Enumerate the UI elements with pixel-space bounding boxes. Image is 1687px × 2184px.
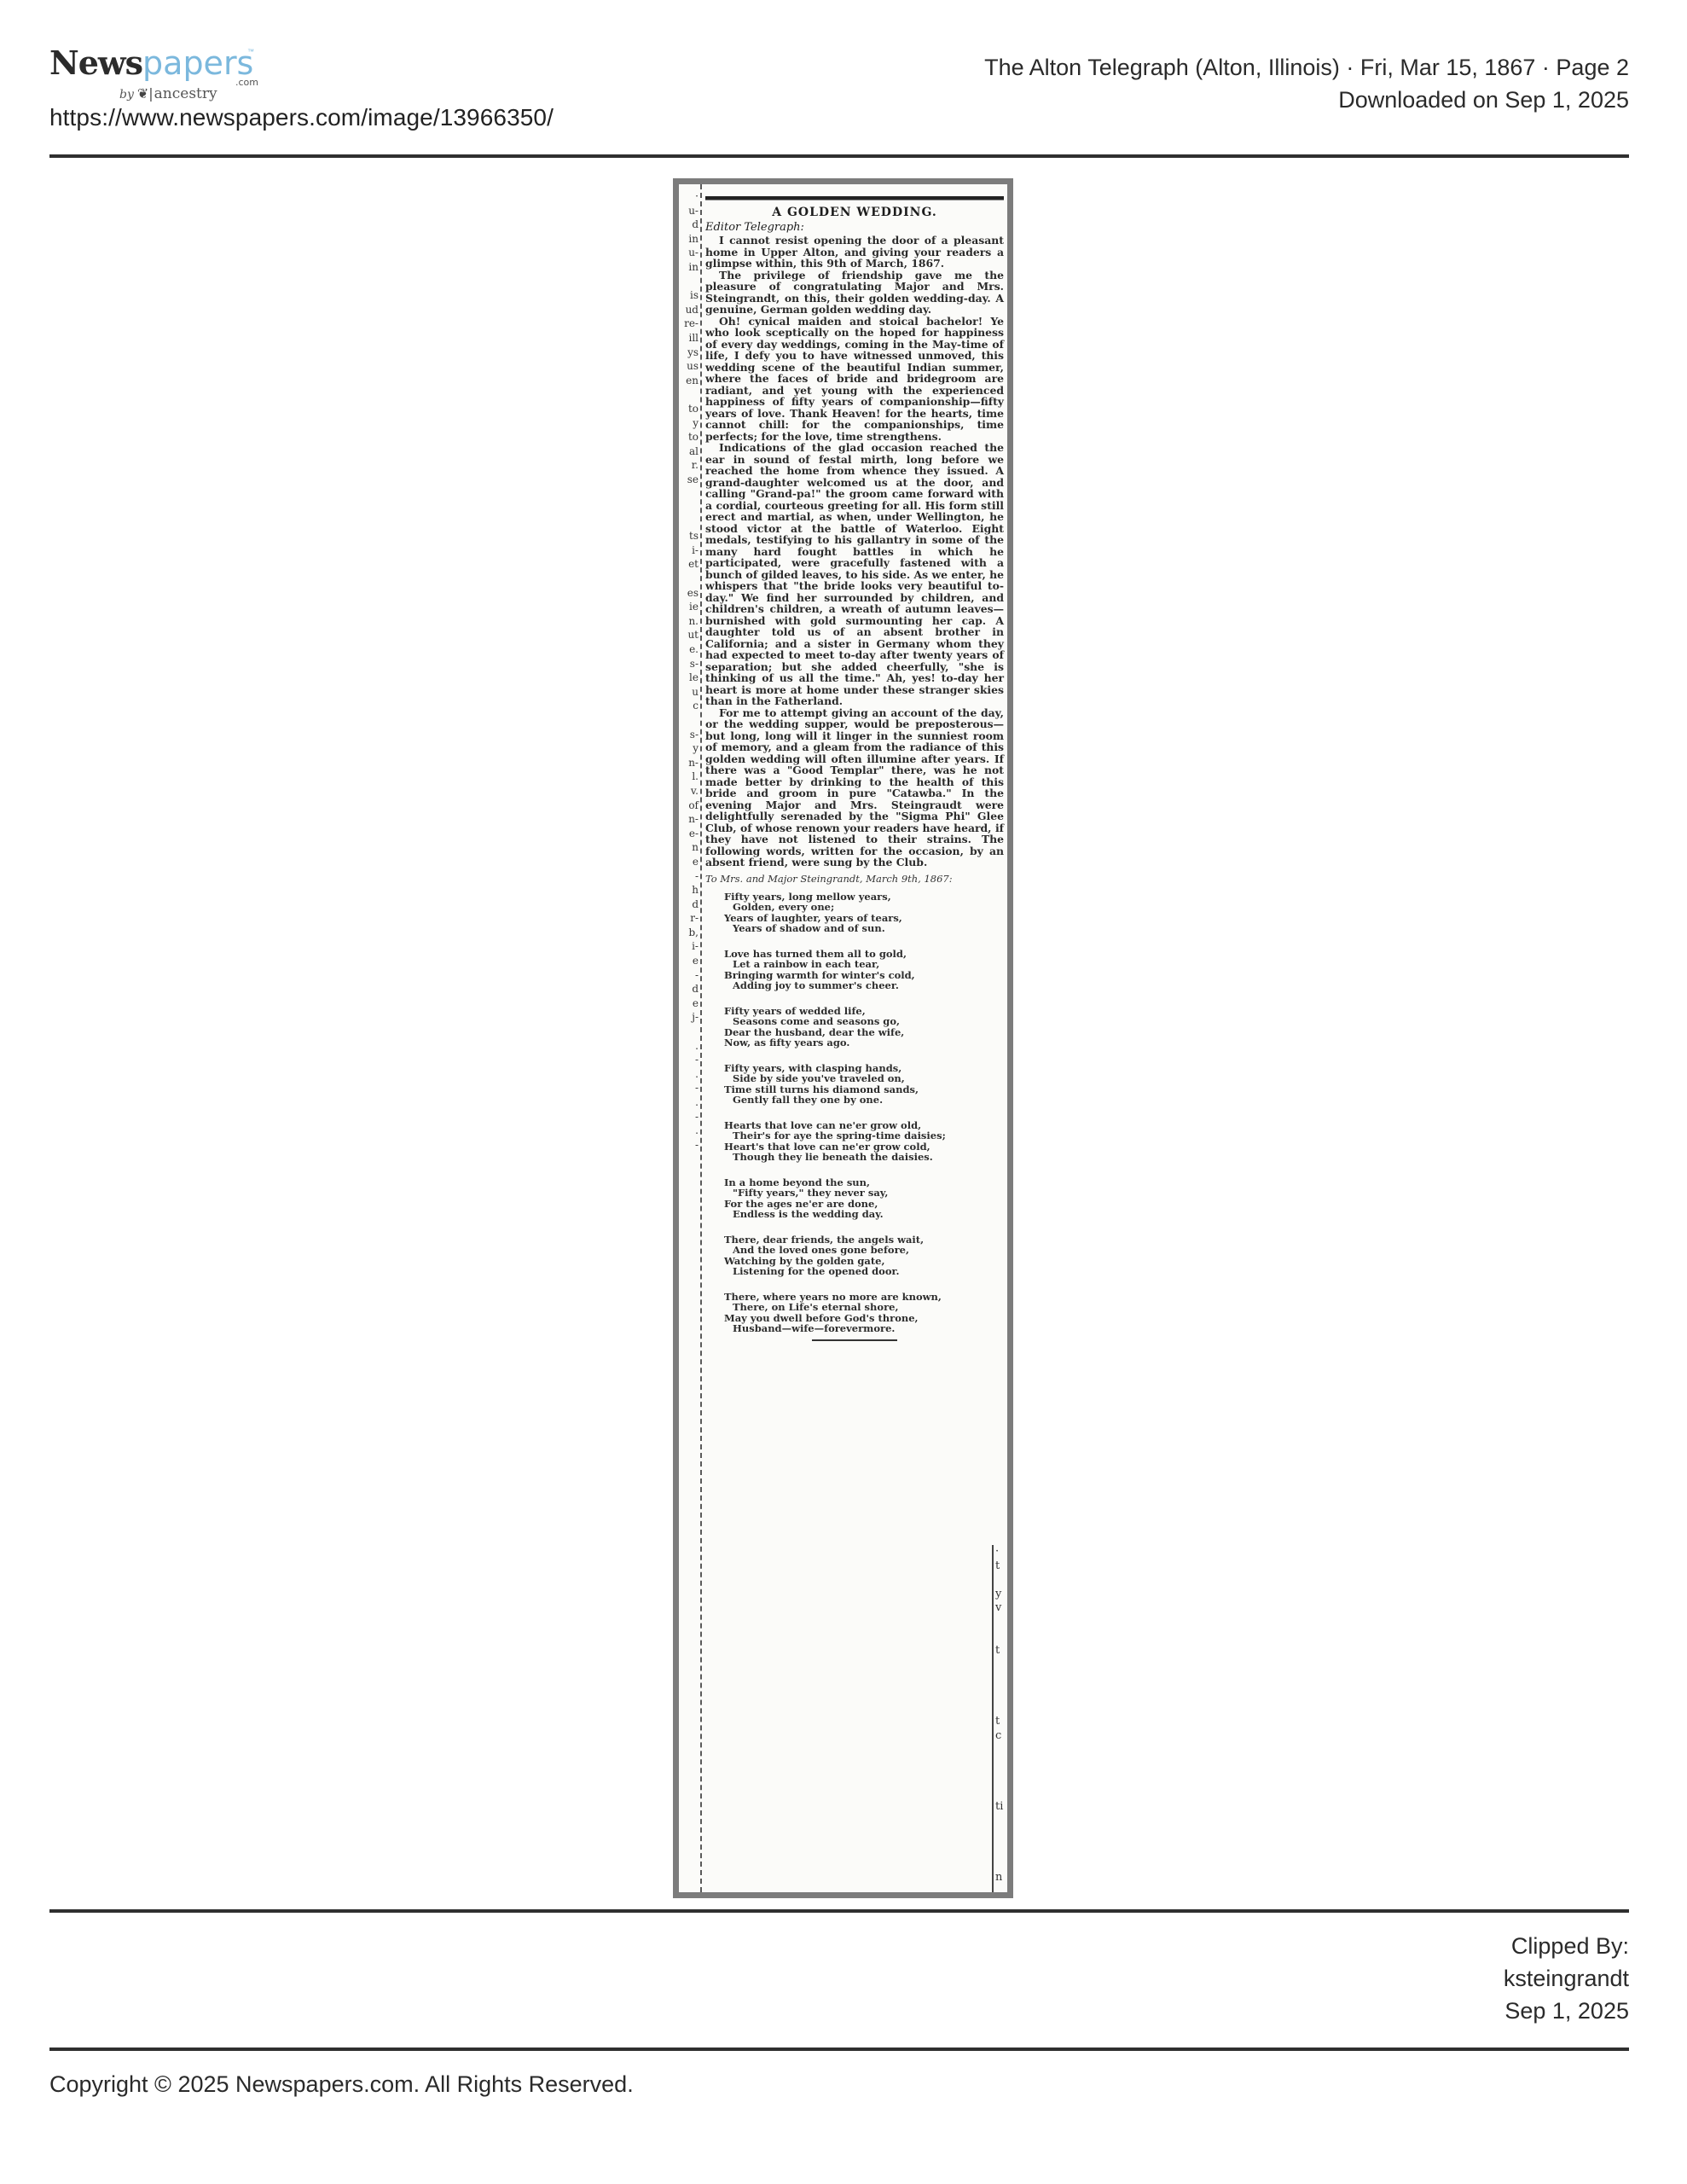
- poem-dedication: To Mrs. and Major Steingrandt, March 9th…: [705, 874, 1004, 885]
- poem-line: Husband—wife—forevermore.: [724, 1323, 1004, 1334]
- poem-stanza: There, where years no more are known, Th…: [724, 1292, 1004, 1334]
- logo-trademark: ™: [247, 48, 254, 55]
- poem-stanza: Fifty years, with clasping hands, Side b…: [724, 1063, 1004, 1106]
- poem-line: Listening for the opened door.: [724, 1266, 1004, 1277]
- footer-divider-bottom: [49, 2047, 1629, 2051]
- article-paragraph: I cannot resist opening the door of a pl…: [705, 235, 1004, 270]
- logo-wordmark: Newspapers: [49, 44, 253, 82]
- header-divider: [49, 154, 1629, 158]
- poem-stanza: Hearts that love can ne'er grow old, The…: [724, 1120, 1004, 1163]
- publication-line: The Alton Telegraph (Alton, Illinois) · …: [984, 51, 1629, 84]
- poem-line: Let a rainbow in each tear,: [724, 959, 1004, 970]
- poem-line: Adding joy to summer's cheer.: [724, 980, 1004, 991]
- poem-line: Now, as fifty years ago.: [724, 1037, 1004, 1048]
- article-salutation: Editor Telegraph:: [705, 221, 1004, 234]
- article-paragraph: Oh! cynical maiden and stoical bachelor!…: [705, 316, 1004, 443]
- copyright-notice: Copyright © 2025 Newspapers.com. All Rig…: [49, 2071, 634, 2098]
- poem-line: Their's for aye the spring-time daisies;: [724, 1130, 1004, 1141]
- poem-stanza: In a home beyond the sun, "Fifty years,"…: [724, 1177, 1004, 1220]
- poem-stanza: There, dear friends, the angels wait, An…: [724, 1234, 1004, 1277]
- logo-byline: by❦|ancestry: [119, 85, 217, 102]
- poem-line: Side by side you've traveled on,: [724, 1073, 1004, 1084]
- downloaded-line: Downloaded on Sep 1, 2025: [984, 84, 1629, 116]
- clipped-by-block: Clipped By: ksteingrandt Sep 1, 2025: [1504, 1930, 1629, 2027]
- article-title: A GOLDEN WEDDING.: [705, 206, 1004, 219]
- logo-domain-suffix: .com: [235, 77, 258, 88]
- poem-line: And the loved ones gone before,: [724, 1245, 1004, 1256]
- poem-stanza: Fifty years of wedded life, Seasons come…: [724, 1006, 1004, 1048]
- source-url[interactable]: https://www.newspapers.com/image/1396635…: [49, 104, 554, 131]
- clipped-by-label: Clipped By:: [1504, 1930, 1629, 1962]
- poem-line: "Fifty years," they never say,: [724, 1188, 1004, 1199]
- article-paragraph: For me to attempt giving an account of t…: [705, 707, 1004, 868]
- poem-line: Years of shadow and of sun.: [724, 923, 1004, 934]
- newspaper-clipping-image: · u- d in u- in is ud re- ill ys us en t…: [673, 178, 1013, 1898]
- clipped-by-user[interactable]: ksteingrandt: [1504, 1962, 1629, 1995]
- adjacent-column-right-fragment: · t y v t t c ti n to d d: [992, 1545, 1007, 1898]
- poem-line: Gently fall they one by one.: [724, 1095, 1004, 1106]
- poem-line: There, on Life's eternal shore,: [724, 1302, 1004, 1313]
- poem-line: Endless is the wedding day.: [724, 1209, 1004, 1220]
- poem-stanza: Love has turned them all to gold, Let a …: [724, 949, 1004, 991]
- publication-info: The Alton Telegraph (Alton, Illinois) · …: [984, 51, 1629, 116]
- article: A GOLDEN WEDDING. Editor Telegraph: I ca…: [705, 189, 1004, 1341]
- article-paragraph: The privilege of friendship gave me the …: [705, 270, 1004, 316]
- poem-line: Seasons come and seasons go,: [724, 1016, 1004, 1027]
- ancestry-leaf-icon: ❦|: [137, 85, 154, 102]
- poem-line: Golden, every one;: [724, 902, 1004, 913]
- clipped-date: Sep 1, 2025: [1504, 1995, 1629, 2027]
- adjacent-column-left-fragment: · u- d in u- in is ud re- ill ys us en t…: [679, 184, 702, 1892]
- article-paragraph: Indications of the glad occasion reached…: [705, 442, 1004, 707]
- poem-stanza: Fifty years, long mellow years, Golden, …: [724, 892, 1004, 934]
- newspapers-logo[interactable]: Newspapers ™ .com by❦|ancestry: [49, 44, 271, 108]
- poem-line: Though they lie beneath the daisies.: [724, 1152, 1004, 1163]
- footer-divider-top: [49, 1909, 1629, 1913]
- article-top-rule: [705, 196, 1004, 200]
- article-end-rule: [812, 1339, 897, 1341]
